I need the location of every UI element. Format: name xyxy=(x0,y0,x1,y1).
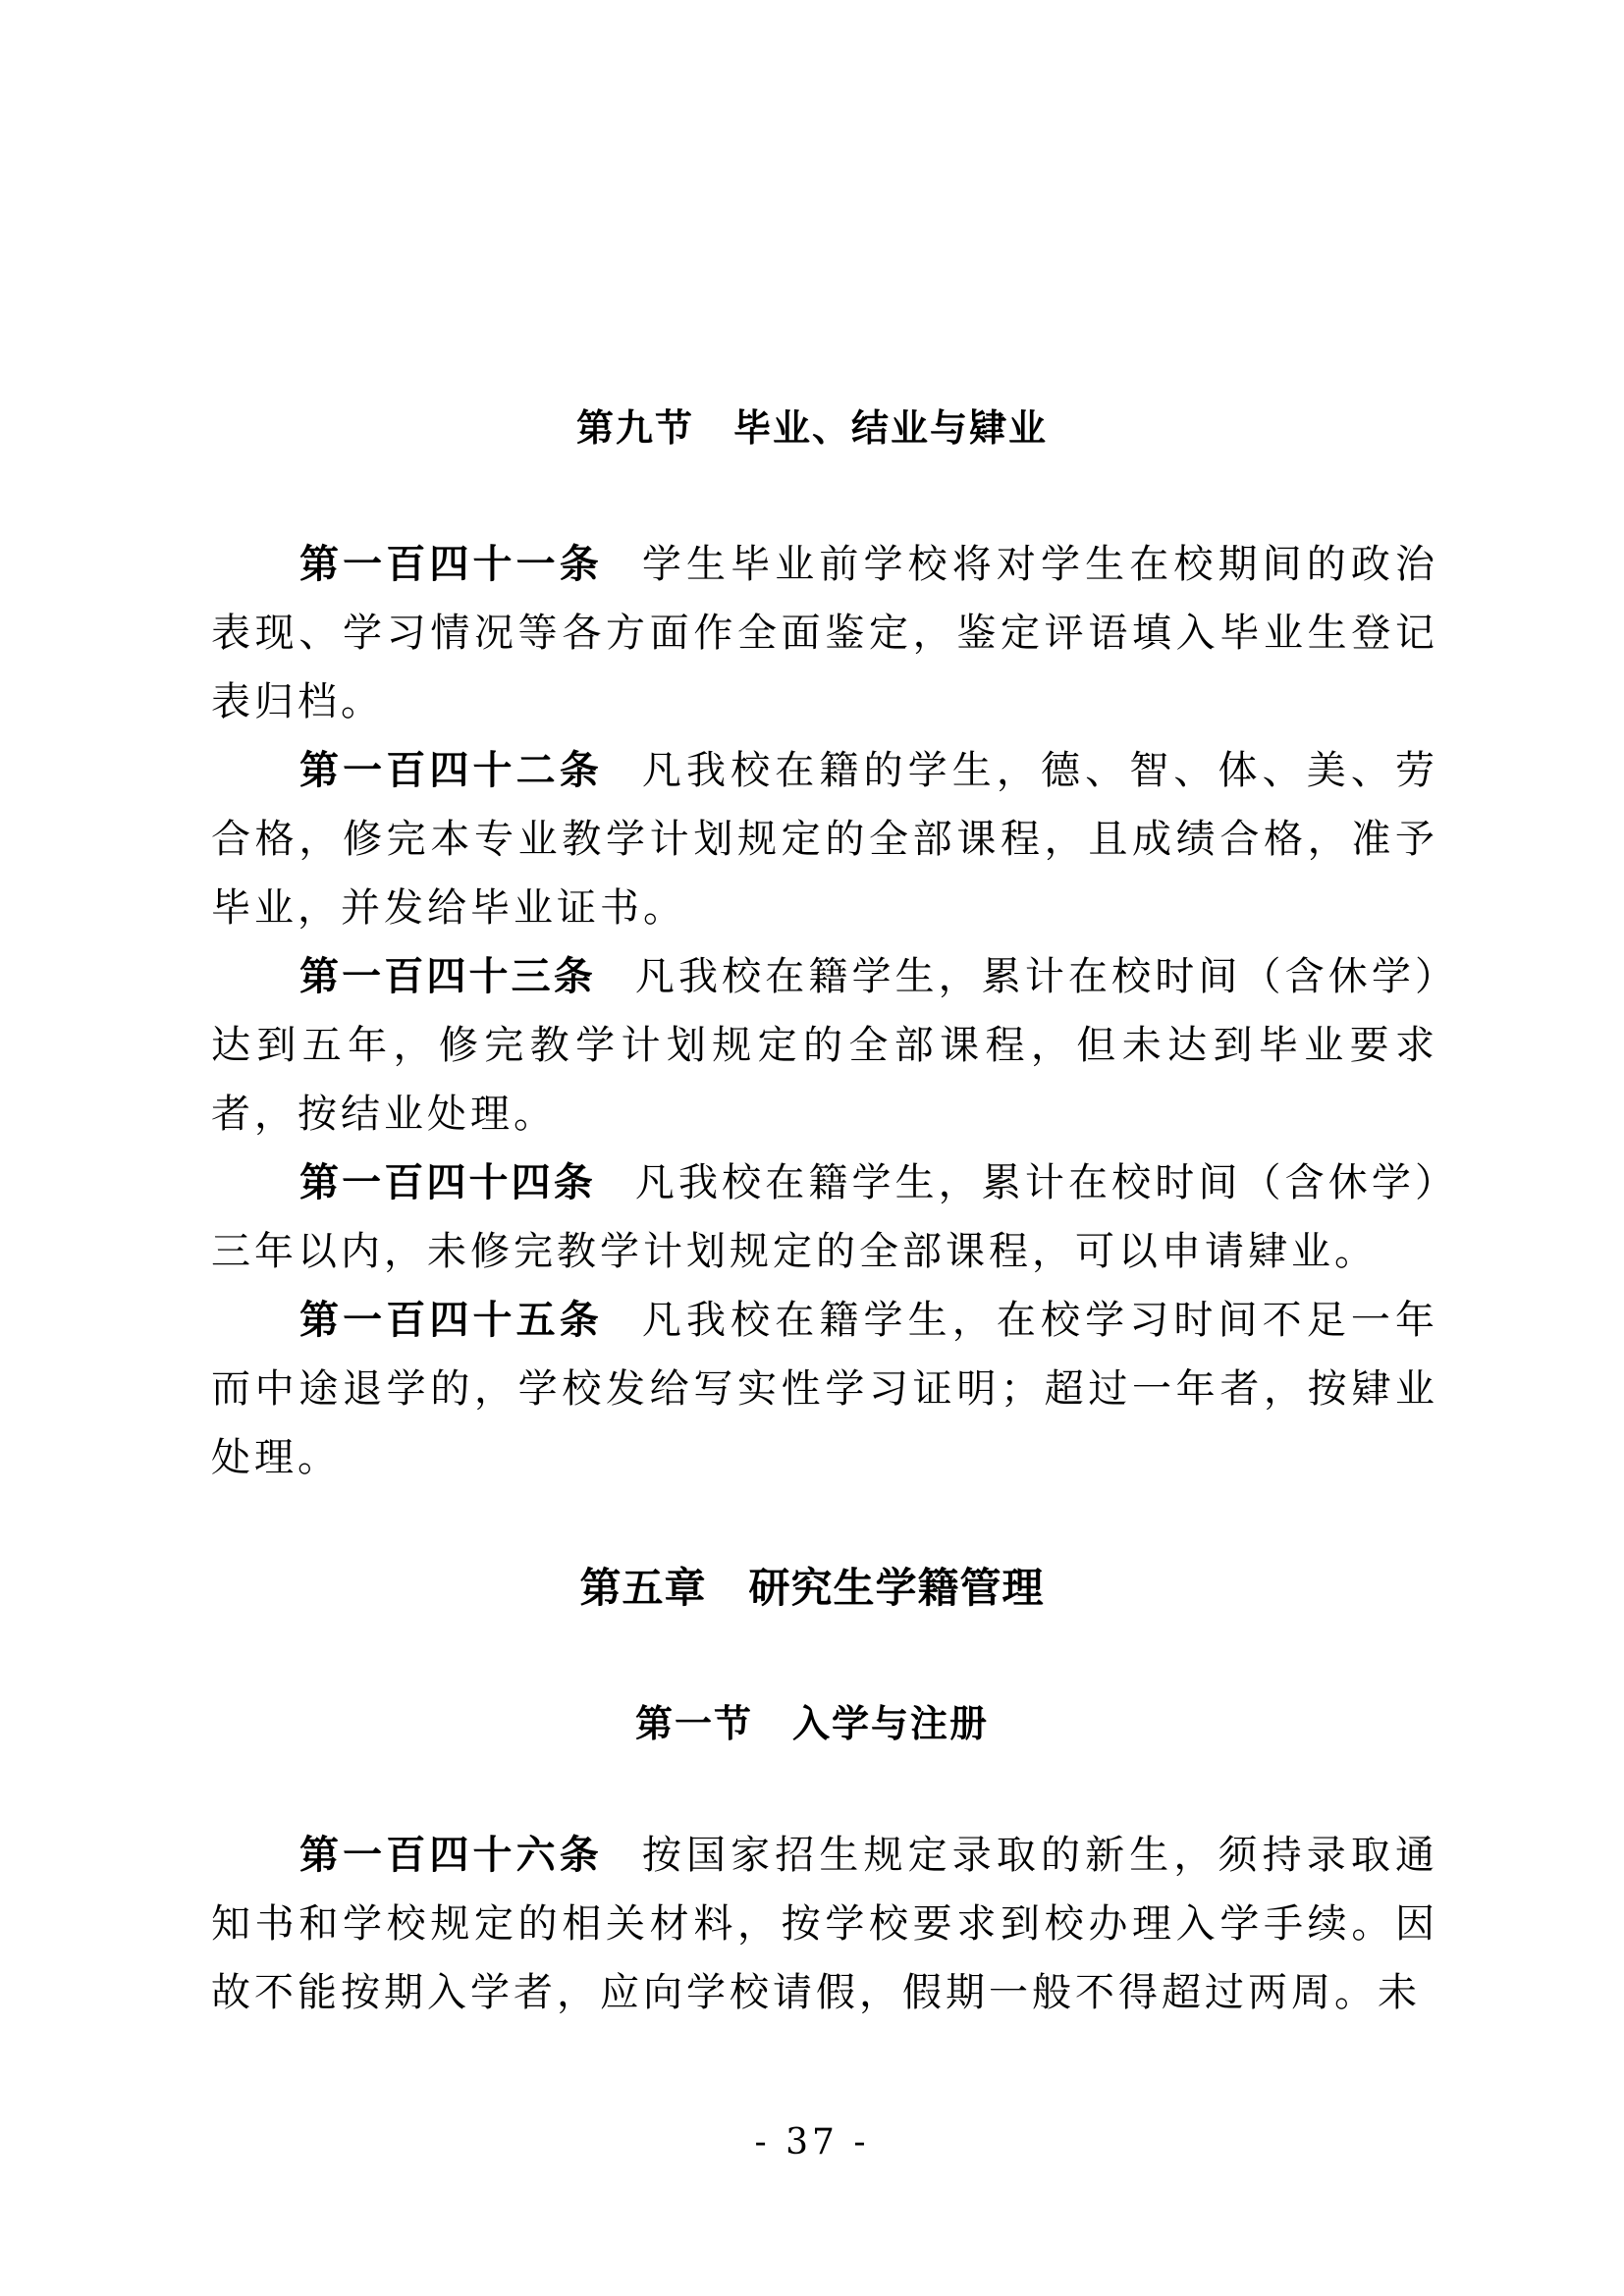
section-heading-graduation: 第九节 毕业、结业与肄业 xyxy=(0,398,1624,452)
article-number: 第一百四十四条 xyxy=(299,1160,596,1205)
article-142: 第一百四十二条凡我校在籍的学生，德、智、体、美、劳合格，修完本专业教学计划规定的… xyxy=(211,736,1438,942)
article-number: 第一百四十一条 xyxy=(299,542,603,587)
article-145: 第一百四十五条凡我校在籍学生，在校学习时间不足一年而中途退学的，学校发给写实性学… xyxy=(211,1286,1438,1492)
article-143: 第一百四十三条凡我校在籍学生，累计在校时间（含休学）达到五年，修完教学计划规定的… xyxy=(211,942,1438,1148)
document-page: 第九节 毕业、结业与肄业 第一百四十一条学生毕业前学校将对学生在校期间的政治表现… xyxy=(0,0,1624,2296)
article-146: 第一百四十六条按国家招生规定录取的新生，须持录取通知书和学校规定的相关材料，按学… xyxy=(211,1821,1438,2027)
section-heading-enrollment: 第一节 入学与注册 xyxy=(0,1693,1624,1747)
article-number: 第一百四十三条 xyxy=(299,954,596,999)
chapter-heading: 第五章 研究生学籍管理 xyxy=(0,1556,1624,1615)
article-number: 第一百四十二条 xyxy=(299,748,603,793)
page-number: - 37 - xyxy=(0,2122,1624,2163)
article-141: 第一百四十一条学生毕业前学校将对学生在校期间的政治表现、学习情况等各方面作全面鉴… xyxy=(211,530,1438,736)
article-144: 第一百四十四条凡我校在籍学生，累计在校时间（含休学）三年以内，未修完教学计划规定… xyxy=(211,1148,1438,1286)
article-number: 第一百四十五条 xyxy=(299,1298,603,1343)
article-number: 第一百四十六条 xyxy=(299,1833,603,1878)
